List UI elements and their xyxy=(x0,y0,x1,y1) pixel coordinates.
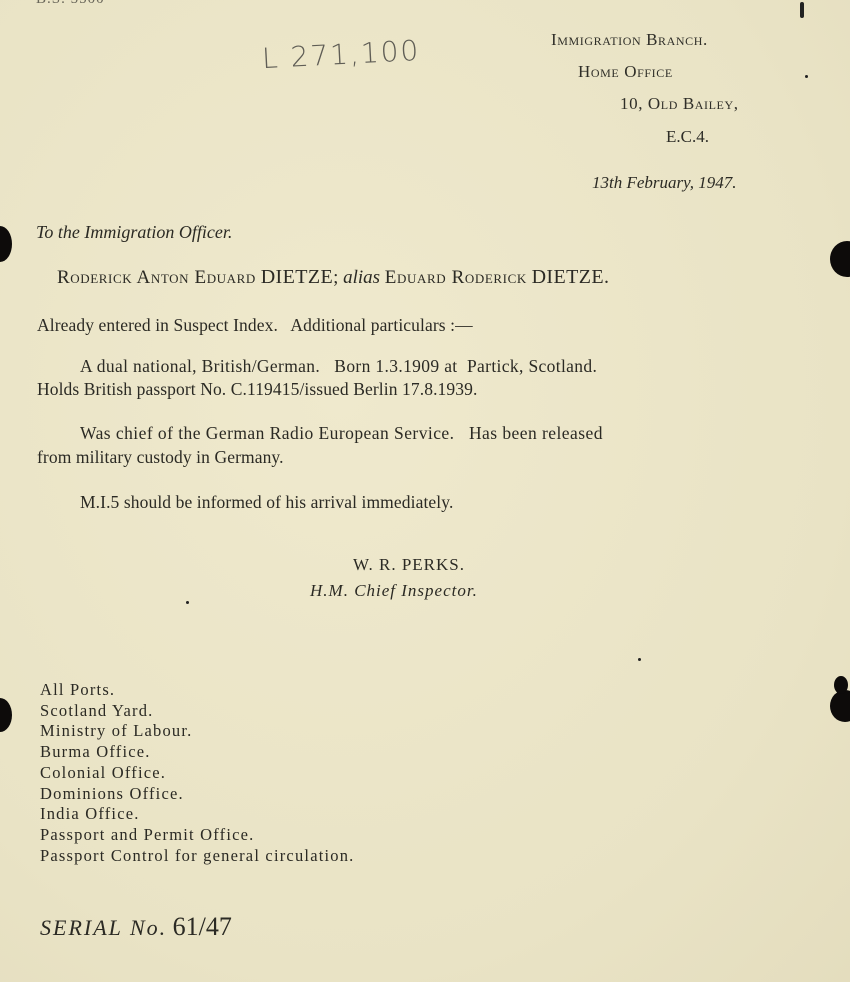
alias-label: alias xyxy=(343,267,380,288)
punch-hole-right-bottom xyxy=(830,690,850,722)
speck xyxy=(186,601,189,604)
punch-hole-right-top xyxy=(830,241,850,277)
handwritten-note: L 271,100 xyxy=(261,34,421,75)
serial-label: SERIAL No. xyxy=(40,915,167,940)
reference-code: B.S. 5500 xyxy=(36,0,105,8)
distribution-item: Dominions Office. xyxy=(40,784,355,805)
distribution-item: Burma Office. xyxy=(40,742,355,763)
paragraph-occupation: Was chief of the German Radio European S… xyxy=(80,423,603,444)
alias-given-names: Eduard Roderick xyxy=(385,267,527,288)
document-date: 13th February, 1947. xyxy=(592,173,737,193)
address-line-4: E.C.4. xyxy=(666,127,709,147)
distribution-item: Ministry of Labour. xyxy=(40,721,355,742)
distribution-item: Passport Control for general circulation… xyxy=(40,846,355,867)
distribution-list: All Ports. Scotland Yard. Ministry of La… xyxy=(40,680,355,866)
distribution-item: India Office. xyxy=(40,804,355,825)
signature-title: H.M. Chief Inspector. xyxy=(310,581,478,601)
paragraph-nationality: A dual national, British/German. Born 1.… xyxy=(80,356,597,377)
distribution-item: All Ports. xyxy=(40,680,355,701)
address-line-3: 10, Old Bailey, xyxy=(620,94,739,114)
ink-mark xyxy=(800,2,804,18)
address-line-1: Immigration Branch. xyxy=(551,30,708,50)
distribution-item: Scotland Yard. xyxy=(40,701,355,722)
punch-hole-right-bottom-tab xyxy=(834,676,848,694)
distribution-item: Passport and Permit Office. xyxy=(40,825,355,846)
serial-number: 61/47 xyxy=(173,912,232,941)
subject-surname: DIETZE xyxy=(261,266,333,288)
paragraph-mi5: M.I.5 should be informed of his arrival … xyxy=(80,492,453,513)
signature-name: W. R. PERKS. xyxy=(353,555,465,575)
salutation: To the Immigration Officer. xyxy=(36,222,232,243)
alias-surname: DIETZE. xyxy=(532,266,610,288)
distribution-item: Colonial Office. xyxy=(40,763,355,784)
paragraph-passport: Holds British passport No. C.119415/issu… xyxy=(37,379,477,400)
document-page: B.S. 5500 L 271,100 Immigration Branch. … xyxy=(0,0,850,982)
punch-hole-left-top xyxy=(0,226,12,262)
punch-hole-left-bottom xyxy=(0,698,12,732)
address-line-2: Home Office xyxy=(578,62,673,82)
subject-name-line: Roderick Anton Eduard DIETZE; alias Edua… xyxy=(57,266,609,289)
speck xyxy=(638,658,641,661)
paragraph-custody: from military custody in Germany. xyxy=(37,447,284,468)
paragraph-suspect-index: Already entered in Suspect Index. Additi… xyxy=(37,315,473,336)
speck xyxy=(805,75,808,78)
subject-given-names: Roderick Anton Eduard xyxy=(57,267,256,288)
separator: ; xyxy=(333,267,338,288)
serial-number-line: SERIAL No. 61/47 xyxy=(40,912,232,942)
